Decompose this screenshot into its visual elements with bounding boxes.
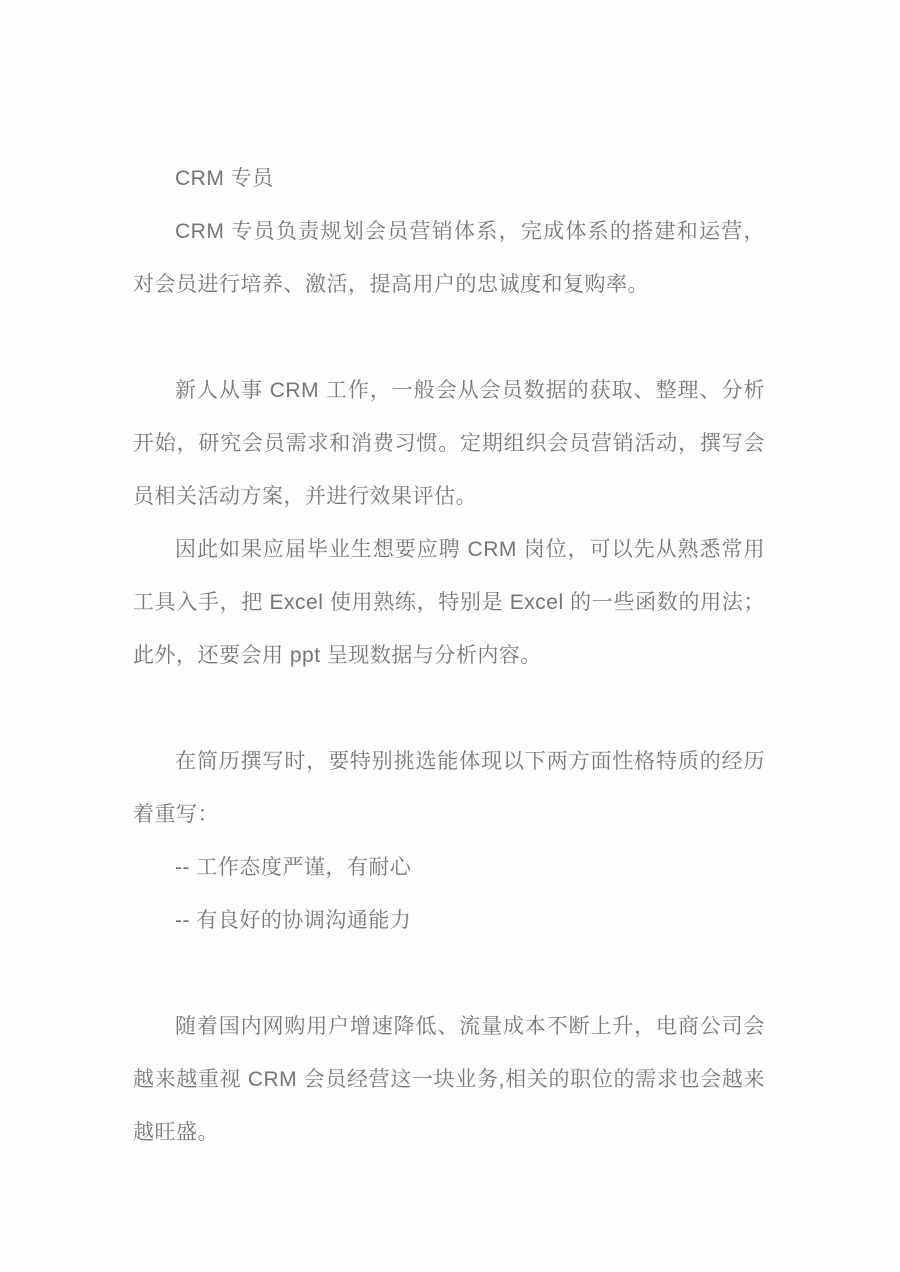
paragraph-crm-role: CRM 专员负责规划会员营销体系，完成体系的搭建和运营，对会员进行培养、激活，提… (133, 205, 765, 311)
paragraph-resume-tips: 在简历撰写时，要特别挑选能体现以下两方面性格特质的经历着重写： (133, 735, 765, 841)
section-gap (133, 947, 765, 1000)
doc-title: CRM 专员 (133, 152, 765, 205)
section-gap (133, 682, 765, 735)
document-page: CRM 专员 CRM 专员负责规划会员营销体系，完成体系的搭建和运营，对会员进行… (0, 0, 900, 1272)
bullet-item-attitude: -- 工作态度严谨，有耐心 (133, 841, 765, 894)
section-gap (133, 311, 765, 364)
paragraph-newcomer-work: 新人从事 CRM 工作，一般会从会员数据的获取、整理、分析开始，研究会员需求和消… (133, 364, 765, 523)
paragraph-industry-outlook: 随着国内网购用户增速降低、流量成本不断上升，电商公司会越来越重视 CRM 会员经… (133, 1000, 765, 1159)
bullet-item-communication: -- 有良好的协调沟通能力 (133, 894, 765, 947)
paragraph-graduate-tools: 因此如果应届毕业生想要应聘 CRM 岗位，可以先从熟悉常用工具入手，把 Exce… (133, 523, 765, 682)
document-content: CRM 专员 CRM 专员负责规划会员营销体系，完成体系的搭建和运营，对会员进行… (133, 152, 765, 1159)
